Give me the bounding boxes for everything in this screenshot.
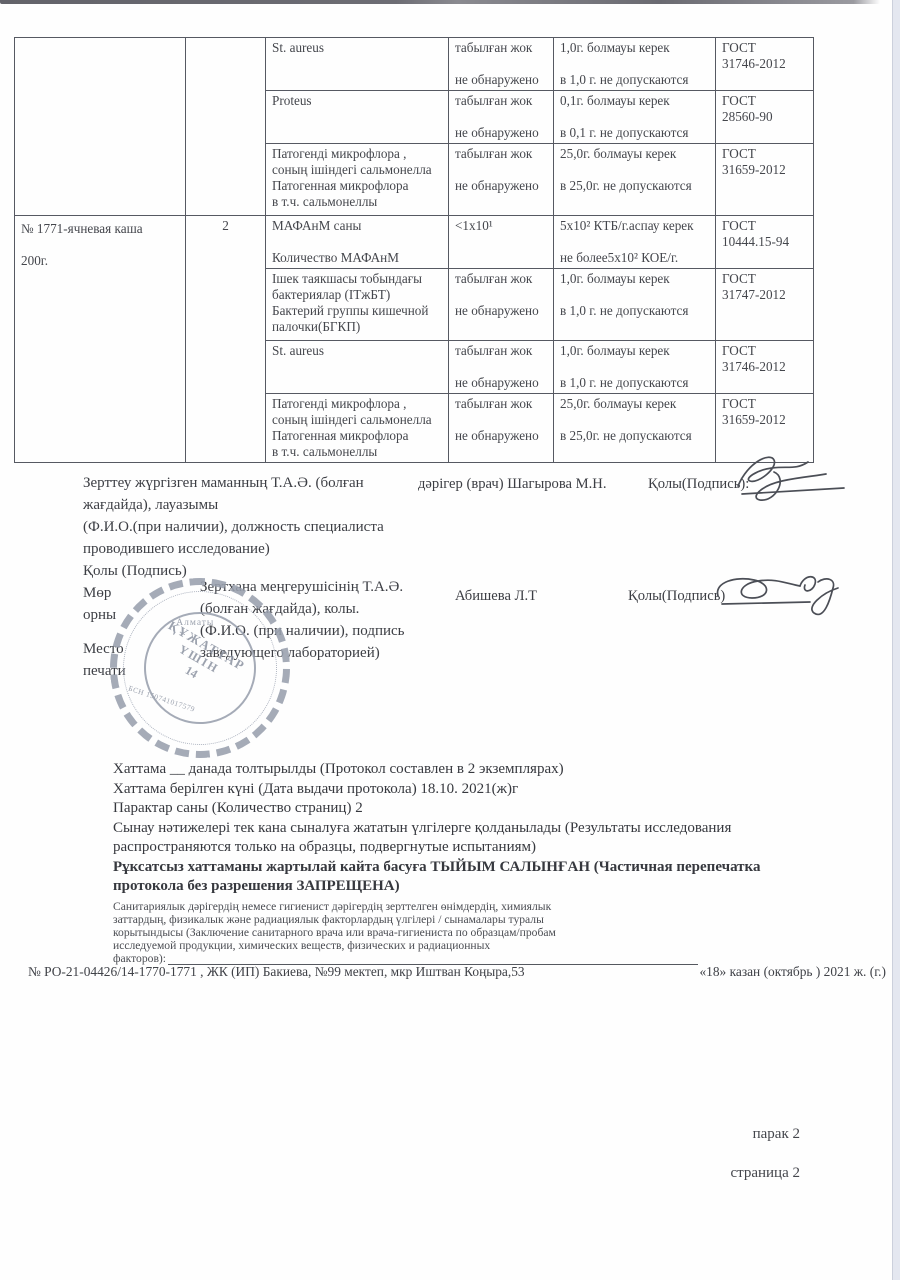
results-table: St. aureus табылған жок не обнаружено 1,… xyxy=(14,37,814,463)
gost-cell: ГОСТ 31746-2012 xyxy=(716,341,814,394)
table-row: № 1771-ячневая каша 200г. 2 МАФАнМ саны … xyxy=(15,216,814,269)
gost-cell: ГОСТ 10444.15-94 xyxy=(716,216,814,269)
indicator-cell: St. aureus xyxy=(266,38,449,91)
specialist-name: дәрігер (врач) Шагырова М.Н. xyxy=(418,473,648,495)
specialist-signature xyxy=(730,448,860,510)
norm-cell: 25,0г. болмауы керек в 25,0г. не допуска… xyxy=(554,144,716,216)
results-scope-note: Сынау нәтижелері тек кана сыналуға жатат… xyxy=(113,819,823,858)
indicator-cell: Патогенді микрофлора , соның ішіндегі са… xyxy=(266,144,449,216)
result-cell: табылған жок не обнаружено xyxy=(449,38,554,91)
indicator-cell: МАФАнМ саны Количество МАФАнМ xyxy=(266,216,449,269)
sample-count: 2 xyxy=(192,218,259,234)
indicator-cell: Proteus xyxy=(266,91,449,144)
sanitary-conclusion-note: Санитариялык дәрігердің немесе гигиенист… xyxy=(113,900,713,952)
gost-cell: ГОСТ 31746-2012 xyxy=(716,38,814,91)
norm-cell: 1,0г. болмауы керек в 1,0 г. не допускаю… xyxy=(554,341,716,394)
norm-cell: 1,0г. болмауы керек в 1,0 г. не допускаю… xyxy=(554,38,716,91)
result-cell: табылған жок не обнаружено xyxy=(449,269,554,341)
norm-cell: 0,1г. болмауы керек в 0,1 г. не допускаю… xyxy=(554,91,716,144)
result-cell: <1x10¹ xyxy=(449,216,554,269)
gost-cell: ГОСТ 31747-2012 xyxy=(716,269,814,341)
scanned-protocol-page: St. aureus табылған жок не обнаружено 1,… xyxy=(0,0,900,1280)
page-number-kz: парак 2 xyxy=(753,1126,800,1143)
reprint-prohibition-note: Рұксатсыз хаттаманы жартылай кайта басуғ… xyxy=(113,858,823,897)
gost-cell: ГОСТ 28560-90 xyxy=(716,91,814,144)
conclusion-blank-line xyxy=(168,952,698,965)
stamp-place-label: Место печати xyxy=(83,638,126,682)
sample-name: № 1771-ячневая каша 200г. xyxy=(21,218,179,269)
gost-cell: ГОСТ 31659-2012 xyxy=(716,144,814,216)
norm-cell: 1,0г. болмауы керек в 1,0 г. не допускаю… xyxy=(554,269,716,341)
count-cell: 2 xyxy=(186,216,266,463)
signature2-label: Қолы(Подпись) xyxy=(628,585,725,607)
indicator-cell: Ішек таякшасы тобындағы бактериялар (ІТж… xyxy=(266,269,449,341)
norm-cell: 5x10² КТБ/г.аспау керек не более5x10² КО… xyxy=(554,216,716,269)
factors-label: факторов): xyxy=(113,952,166,965)
stamp-bin-number: БСН 150741017579 xyxy=(127,684,196,714)
page-number-ru: страница 2 xyxy=(730,1165,800,1182)
indicator-cell: Патогенді микрофлора , соның ішіндегі са… xyxy=(266,394,449,463)
result-cell: табылған жок не обнаружено xyxy=(449,394,554,463)
result-cell: табылған жок не обнаружено xyxy=(449,144,554,216)
document-date: «18» казан (октябрь ) 2021 ж. (г.) xyxy=(699,964,886,980)
protocol-notes: Хаттама __ данада толтырылды (Протокол с… xyxy=(113,760,823,965)
table-row: St. aureus табылған жок не обнаружено 1,… xyxy=(15,38,814,91)
sample-cell xyxy=(15,38,186,216)
result-cell: табылған жок не обнаружено xyxy=(449,341,554,394)
count-cell xyxy=(186,38,266,216)
copies-note: Хаттама __ данада толтырылды (Протокол с… xyxy=(113,760,823,819)
lab-head-signature xyxy=(712,562,862,626)
scan-right-edge xyxy=(892,0,900,1280)
sample-cell: № 1771-ячневая каша 200г. xyxy=(15,216,186,463)
factors-line: факторов): xyxy=(113,952,698,965)
norm-cell: 25,0г. болмауы керек в 25,0г. не допуска… xyxy=(554,394,716,463)
lab-head-name: Абишева Л.Т xyxy=(455,585,537,607)
reference-number: № РО-21-04426/14-1770-1771 , ЖК (ИП) Бак… xyxy=(28,964,525,980)
scan-top-edge xyxy=(0,0,880,4)
indicator-cell: St. aureus xyxy=(266,341,449,394)
result-cell: табылған жок не обнаружено xyxy=(449,91,554,144)
reference-number-line: № РО-21-04426/14-1770-1771 , ЖК (ИП) Бак… xyxy=(28,964,886,980)
